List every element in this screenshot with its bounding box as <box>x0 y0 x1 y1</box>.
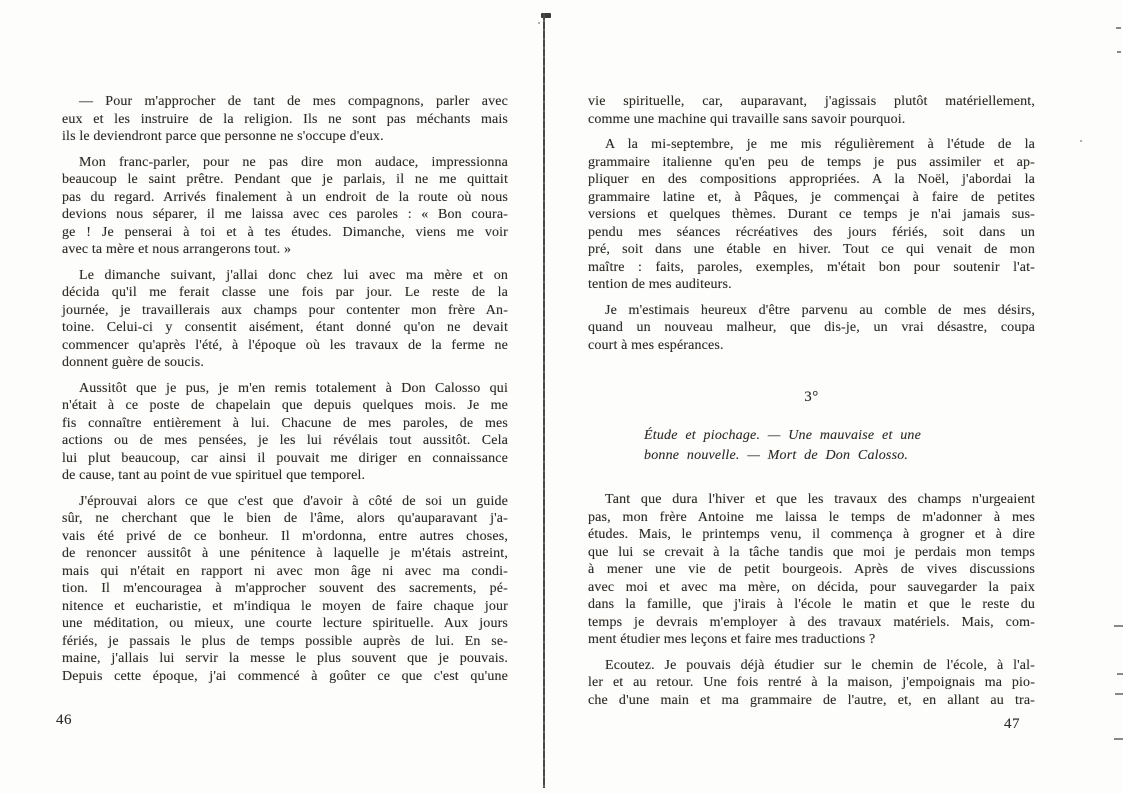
text-line: — Pour m'approcher de tant de mes compag… <box>62 93 508 111</box>
text-line: Le dimanche suivant, j'allai donc chez l… <box>62 267 508 285</box>
scan-artifact <box>1114 738 1123 740</box>
paragraph: Mon franc-parler, pour ne pas dire mon a… <box>62 154 508 259</box>
text-line: grammaire latine et, à Pâques, je commen… <box>588 189 1035 207</box>
text-line: ils le deviendront parce que personne ne… <box>62 128 508 146</box>
subtitle-line: Étude et piochage. — Une mauvaise et une <box>644 426 1035 446</box>
text-line: à mener une vie de petit bourgeois. Aprè… <box>588 561 1035 579</box>
text-line: Aussitôt que je pus, je m'en remis total… <box>62 380 508 398</box>
text-line: J'éprouvai alors ce que c'est que d'avoi… <box>62 493 508 511</box>
paragraph: Aussitôt que je pus, je m'en remis total… <box>62 380 508 485</box>
book-scan: — Pour m'approcher de tant de mes compag… <box>0 0 1123 794</box>
text-line: nitence et eucharistie, et m'indiqua le … <box>62 598 508 616</box>
book-gutter-line <box>543 13 545 788</box>
text-line: pas, mon frère Antoine me laissa le temp… <box>588 509 1035 527</box>
section-subtitle: Étude et piochage. — Une mauvaise et une… <box>588 426 1035 465</box>
text-line: devions nous séparer, il me laissa avec … <box>62 206 508 224</box>
text-line: Ecoutez. Je pouvais déjà étudier sur le … <box>588 657 1035 675</box>
paragraph: vie spirituelle, car, auparavant, j'agis… <box>588 93 1035 128</box>
text-line: vais été privé de ce bonheur. Il m'ordon… <box>62 528 508 546</box>
scan-artifact <box>1115 693 1123 695</box>
text-line: décida qu'il me ferait classe une fois p… <box>62 284 508 302</box>
text-line: eux et les instruire de la religion. Ils… <box>62 111 508 129</box>
text-line: Mon franc-parler, pour ne pas dire mon a… <box>62 154 508 172</box>
text-line: actions ou de mes pensées, je les lui ré… <box>62 432 508 450</box>
text-line: journée, je travaillerais aux champs pou… <box>62 302 508 320</box>
scan-artifact <box>1117 51 1121 53</box>
text-line: une méditation, ou mieux, une courte lec… <box>62 615 508 633</box>
scan-artifact <box>1114 625 1123 627</box>
text-line: ler et au retour. Une fois rentré à la m… <box>588 674 1035 692</box>
text-line: sûr, ne cherchant que le bien de l'âme, … <box>62 510 508 528</box>
text-line: Je m'estimais heureux d'être parvenu au … <box>588 302 1035 320</box>
text-line: pliquer en des compositions appropriées.… <box>588 171 1035 189</box>
text-line: avec moi et avec ma mère, on décida, pou… <box>588 579 1035 597</box>
text-line: dans la famille, que j'irais à l'école l… <box>588 596 1035 614</box>
text-line: que lui se crevait à la tâche tandis que… <box>588 544 1035 562</box>
text-line: tion. Il m'encouragea à m'approcher souv… <box>62 580 508 598</box>
text-line: fériés, je passais le plus de temps poss… <box>62 633 508 651</box>
text-line: Depuis cette époque, j'ai commencé à goû… <box>62 668 508 686</box>
text-line: maître : faits, paroles, exemples, m'éta… <box>588 259 1035 277</box>
text-line: vie spirituelle, car, auparavant, j'agis… <box>588 93 1035 111</box>
page-left-text-block: — Pour m'approcher de tant de mes compag… <box>62 93 508 685</box>
scan-speck <box>538 22 540 24</box>
text-line: A la mi-septembre, je me mis régulièreme… <box>588 136 1035 154</box>
paragraph: A la mi-septembre, je me mis régulièreme… <box>588 136 1035 294</box>
text-line: pré, soit dans une étable en hiver. Tout… <box>588 241 1035 259</box>
paragraph: Je m'estimais heureux d'être parvenu au … <box>588 302 1035 355</box>
text-line: che d'une main et ma grammaire de l'autr… <box>588 692 1035 710</box>
text-line: Tant que dura l'hiver et que les travaux… <box>588 491 1035 509</box>
text-line: versions et quelques thèmes. Durant ce t… <box>588 206 1035 224</box>
text-line: études. Mais, le printemps venu, il comm… <box>588 526 1035 544</box>
text-line: lui plut beaucoup, car ainsi il pouvait … <box>62 450 508 468</box>
text-line: donnent guère de soucis. <box>62 354 508 372</box>
text-line: fis connaître entièrement à lui. Chacune… <box>62 415 508 433</box>
section-heading: 3° <box>588 388 1035 406</box>
scan-artifact <box>1116 27 1121 29</box>
text-line: de cause, tant au point de vue spirituel… <box>62 467 508 485</box>
text-line: beaucoup le saint prêtre. Pendant que je… <box>62 171 508 189</box>
page-number-left: 46 <box>56 712 72 729</box>
page-number-right: 47 <box>1004 716 1020 733</box>
paragraph: Tant que dura l'hiver et que les travaux… <box>588 491 1035 649</box>
text-line: mais qui n'était en rapport ni avec mon … <box>62 563 508 581</box>
text-line: court à mes espérances. <box>588 337 1035 355</box>
scan-speck <box>1080 140 1082 142</box>
text-line: n'était à ce poste de chapelain que depu… <box>62 397 508 415</box>
text-line: maine, j'allais lui servir la messe le p… <box>62 650 508 668</box>
text-line: commencer qu'après l'été, à l'époque où … <box>62 337 508 355</box>
text-line: toine. Celui-ci y consentit aisément, ét… <box>62 319 508 337</box>
text-line: temps je devrais m'employer à des travau… <box>588 614 1035 632</box>
text-line: de renoncer aussitôt à une pénitence à l… <box>62 545 508 563</box>
paragraph: J'éprouvai alors ce que c'est que d'avoi… <box>62 493 508 686</box>
text-line: comme une machine qui travaille sans sav… <box>588 111 1035 129</box>
paragraph: Le dimanche suivant, j'allai donc chez l… <box>62 267 508 372</box>
paragraph: — Pour m'approcher de tant de mes compag… <box>62 93 508 146</box>
text-line: ge ! Je penserai à toi et à tes études. … <box>62 224 508 242</box>
paragraph: Ecoutez. Je pouvais déjà étudier sur le … <box>588 657 1035 710</box>
text-line: tention de mes auditeurs. <box>588 276 1035 294</box>
text-line: pendu mes séances récréatives des jours … <box>588 224 1035 242</box>
scan-artifact <box>1117 673 1123 675</box>
text-line: pas du regard. Arrivés finalement à un e… <box>62 189 508 207</box>
text-line: avec ta mère et nous arrangerons tout. » <box>62 241 508 259</box>
text-line: quand un nouveau malheur, que dis-je, un… <box>588 319 1035 337</box>
text-line: grammaire italienne qu'en peu de temps j… <box>588 154 1035 172</box>
text-line: ment étudier mes leçons et faire mes tra… <box>588 631 1035 649</box>
page-right-text-block: vie spirituelle, car, auparavant, j'agis… <box>588 93 1035 709</box>
subtitle-line: bonne nouvelle. — Mort de Don Calosso. <box>644 446 1035 466</box>
